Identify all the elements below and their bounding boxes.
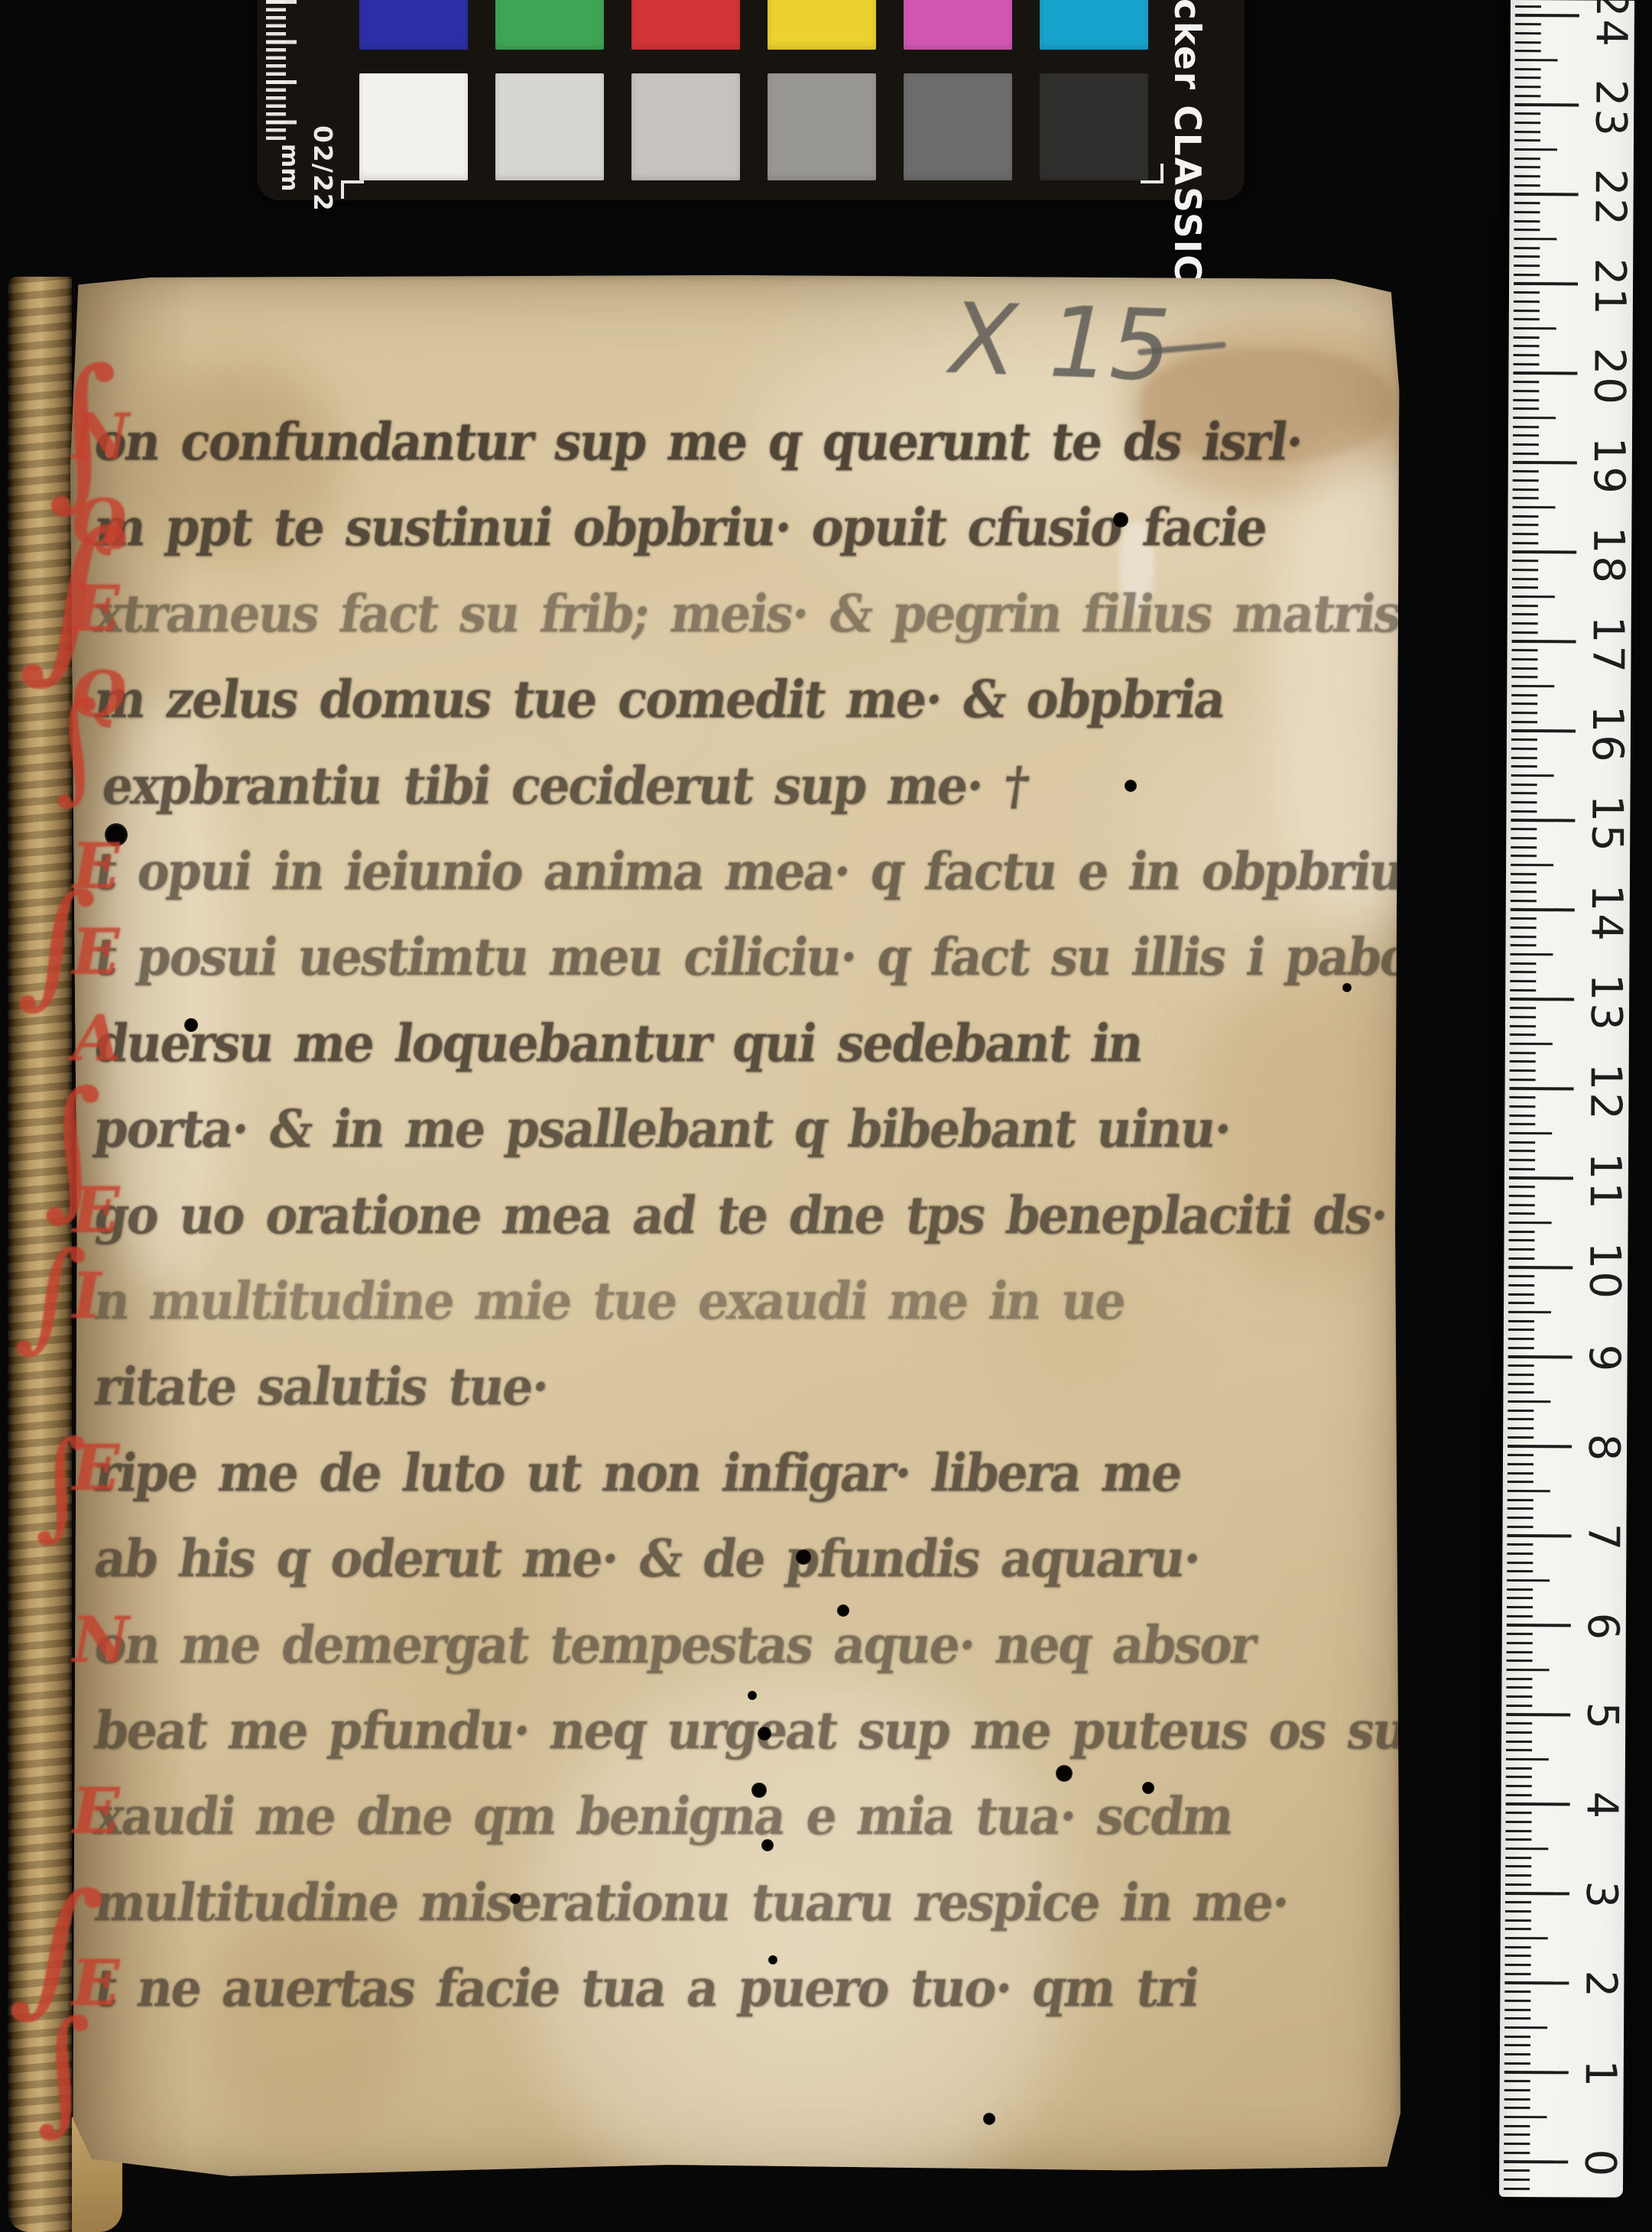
ruler-tick-mm bbox=[1509, 1195, 1535, 1197]
ruler-number-label: 3 bbox=[1576, 1880, 1626, 1910]
ruler-tick-mm bbox=[1511, 676, 1537, 678]
ruler-tick-mm bbox=[1504, 2000, 1530, 2002]
ruler-tick-mm bbox=[1514, 202, 1540, 204]
ruler-tick-mm bbox=[1508, 1481, 1534, 1483]
ruler-tick-cm bbox=[1513, 461, 1577, 464]
ruler-tick-half bbox=[1510, 953, 1553, 955]
ruler-tick-mm bbox=[1511, 783, 1537, 786]
ruler-tick-mm bbox=[1511, 855, 1537, 857]
ruler-tick-mm bbox=[1506, 1678, 1532, 1680]
ruler-tick-cm bbox=[1506, 1713, 1570, 1716]
ruler-tick-mm bbox=[1505, 1955, 1531, 1957]
ruler-tick-half bbox=[1514, 148, 1557, 151]
ruler-tick-mm bbox=[1505, 1830, 1531, 1832]
patch-white bbox=[359, 73, 468, 180]
ruler-number-1: 1 bbox=[1625, 2060, 1652, 2110]
ruler-tick-mm bbox=[1506, 1812, 1532, 1814]
ruler-tick-mm bbox=[1506, 1794, 1532, 1796]
manuscript-line-10: go uo oratione mea ad te dne tps benepla… bbox=[91, 1185, 1391, 1245]
patch-cyan bbox=[1040, 0, 1148, 50]
ruler-tick-mm bbox=[1508, 1364, 1534, 1367]
ruler-tick-mm bbox=[1505, 1865, 1531, 1867]
ruler-tick-mm bbox=[1504, 2017, 1530, 2020]
ruler-number-label: 21 bbox=[1585, 258, 1634, 318]
ruler-number-label: 19 bbox=[1584, 437, 1634, 497]
ruler-tick-mm bbox=[1511, 694, 1537, 696]
ruler-number-4: 4 bbox=[1626, 1792, 1652, 1841]
ruler-number-label: 10 bbox=[1579, 1241, 1629, 1301]
ruler-tick-mm bbox=[1515, 23, 1541, 25]
ruler-tick-mm bbox=[1505, 1901, 1531, 1903]
ink-hole-16 bbox=[983, 2113, 995, 2125]
ruler-tick-mm bbox=[1504, 2009, 1530, 2011]
ink-hole-6 bbox=[748, 1691, 757, 1700]
ruler-tick-mm bbox=[1514, 345, 1540, 347]
ruler-number-13: 13 bbox=[1631, 974, 1652, 1024]
ink-hole-13 bbox=[1142, 1782, 1154, 1794]
ruler-tick-mm bbox=[1511, 738, 1537, 741]
ruler-tick-mm bbox=[1514, 131, 1540, 133]
manuscript-line-1: on confundantur sup me q querunt te ds i… bbox=[91, 411, 1306, 472]
ruler-tick-mm bbox=[1511, 712, 1537, 714]
ruler-tick-mm bbox=[1510, 1007, 1536, 1009]
ruler-number-label: 22 bbox=[1585, 169, 1634, 229]
ruler-tick-half bbox=[1515, 59, 1558, 61]
ruler-tick-mm bbox=[1507, 1651, 1533, 1653]
ruler-tick-half bbox=[1505, 1848, 1548, 1850]
ruler-number-6: 6 bbox=[1628, 1613, 1652, 1663]
ruler-number-label: 4 bbox=[1577, 1791, 1627, 1821]
ruler-tick-mm bbox=[1509, 1105, 1535, 1108]
manuscript-line-17: xaudi me dne qm benigna e mia tua· scdm bbox=[91, 1786, 1236, 1846]
ruler-tick-mm bbox=[1504, 2053, 1530, 2055]
ink-hole-5 bbox=[1342, 983, 1352, 992]
ruler-tick-mm bbox=[1515, 50, 1541, 52]
ruler-tick-half bbox=[1512, 595, 1555, 598]
ruler-tick-mm bbox=[1507, 1606, 1533, 1608]
ruler-tick-mm bbox=[1514, 166, 1540, 168]
ruler-tick-half bbox=[1504, 2116, 1547, 2118]
ruler-tick-half bbox=[1507, 1669, 1550, 1671]
ruler-tick-mm bbox=[1504, 2036, 1530, 2038]
ruler-tick-cm bbox=[1512, 640, 1576, 643]
ruler-tick-mm bbox=[1509, 1159, 1535, 1161]
ruler-tick-mm bbox=[1511, 936, 1537, 938]
ruler-number-16: 16 bbox=[1632, 706, 1652, 755]
ruler-tick-mm bbox=[1508, 1418, 1534, 1420]
ruler-tick-mm bbox=[1514, 300, 1540, 303]
ruler-tick-mm bbox=[1513, 390, 1539, 392]
ruler-tick-mm bbox=[1511, 765, 1537, 767]
ruler-tick-mm bbox=[1513, 488, 1539, 491]
ruler-numbers: 2423222120191817161514131211109876543210 bbox=[1511, 0, 1634, 1]
ruler-tick-mm bbox=[1512, 613, 1538, 615]
ruler-tick-mm bbox=[1509, 1212, 1535, 1215]
ruler-tick-cm bbox=[1510, 998, 1574, 1001]
ruler-tick-mm bbox=[1514, 112, 1540, 115]
ruler-tick-mm bbox=[1507, 1633, 1533, 1635]
ruler-number-21: 21 bbox=[1634, 258, 1652, 308]
ruler-number-label: 12 bbox=[1580, 1062, 1630, 1122]
ruler-tick-mm bbox=[1513, 479, 1539, 482]
ruler-tick-mm bbox=[1506, 1741, 1532, 1743]
ruler-tick-mm bbox=[1513, 453, 1539, 455]
ruler-tick-mm bbox=[1508, 1391, 1534, 1393]
ruler-tick-mm bbox=[1511, 926, 1537, 929]
ruler-number-label: 6 bbox=[1578, 1612, 1628, 1642]
ruler-tick-mm bbox=[1513, 497, 1539, 499]
patch-neutral-6.5 bbox=[631, 73, 740, 180]
ruler-tick-mm bbox=[1505, 1883, 1531, 1886]
manuscript-line-14: ab his q oderut me· & de pfundis aquaru· bbox=[91, 1528, 1203, 1588]
ruler-tick-mm bbox=[1508, 1499, 1534, 1501]
ruler-tick-mm bbox=[1514, 139, 1540, 141]
ruler-tick-mm bbox=[1508, 1275, 1534, 1277]
ruler-tick-mm bbox=[1509, 1096, 1535, 1098]
ruler-tick-half bbox=[1511, 864, 1553, 866]
ruler-tick-mm bbox=[1511, 801, 1537, 803]
ruler-tick-mm bbox=[1508, 1374, 1534, 1376]
ruler-tick-mm bbox=[1510, 1069, 1536, 1072]
ink-hole-4 bbox=[184, 1018, 198, 1032]
ruler-number-label: 15 bbox=[1582, 795, 1631, 855]
ruler-tick-mm bbox=[1512, 515, 1538, 517]
card-brand-label: cker CLASSIC bbox=[1208, 0, 1492, 41]
ruler-tick-mm bbox=[1514, 157, 1540, 160]
ink-hole-7 bbox=[758, 1727, 771, 1741]
ruler-number-12: 12 bbox=[1630, 1063, 1652, 1113]
manuscript-line-9: porta· & in me psallebant q bibebant uin… bbox=[91, 1098, 1234, 1159]
ruler-number-label: 1 bbox=[1576, 2059, 1625, 2089]
ruler-tick-mm bbox=[1506, 1731, 1532, 1734]
ruler-tick-mm bbox=[1508, 1463, 1534, 1465]
ruler-tick-mm bbox=[1506, 1785, 1532, 1787]
ruler-tick-mm bbox=[1508, 1338, 1534, 1340]
ruler-tick-cm bbox=[1504, 1981, 1569, 1984]
ruler-tick-cm bbox=[1508, 1445, 1572, 1448]
manuscript-line-2: m ppt te sustinui obpbriu· opuit cfusio … bbox=[91, 497, 1271, 557]
ruler-tick-half bbox=[1509, 1132, 1552, 1134]
manuscript-line-6: t opui in ieiunio anima mea· q factu e i… bbox=[91, 841, 1479, 901]
ruler-tick-mm bbox=[1512, 524, 1538, 526]
ruler-tick-mm bbox=[1506, 1821, 1532, 1823]
manuscript-line-13: ripe me de luto ut non infigar· libera m… bbox=[91, 1442, 1186, 1503]
ruler-tick-cm bbox=[1515, 14, 1579, 17]
ruler-tick-mm bbox=[1514, 211, 1540, 213]
ruler-number-11: 11 bbox=[1630, 1153, 1652, 1202]
manuscript-line-11: n multitudine mie tue exaudi me in ue bbox=[91, 1270, 1129, 1331]
ruler-tick-mm bbox=[1512, 533, 1538, 535]
ruler-tick-mm bbox=[1508, 1257, 1534, 1260]
ruler-tick-half bbox=[1513, 417, 1556, 419]
card-mm-unit-text: mm bbox=[276, 144, 303, 192]
ruler-tick-mm bbox=[1505, 1838, 1531, 1841]
ruler-tick-mm bbox=[1506, 1776, 1532, 1778]
ruler-tick-mm bbox=[1504, 2107, 1530, 2109]
manuscript-line-15: on me demergat tempestas aque· neq absor bbox=[91, 1614, 1259, 1675]
ruler-number-20: 20 bbox=[1634, 348, 1652, 397]
ruler-number-label: 18 bbox=[1583, 527, 1633, 586]
ruler-tick-mm bbox=[1509, 1231, 1535, 1233]
ruler-tick-mm bbox=[1504, 1973, 1530, 1975]
ruler-tick-cm bbox=[1514, 193, 1579, 196]
ruler-tick-mm bbox=[1511, 891, 1537, 893]
ruler-tick-mm bbox=[1511, 837, 1537, 839]
ruler-tick-cm bbox=[1505, 1892, 1569, 1895]
ruler-number-label: 11 bbox=[1580, 1152, 1630, 1212]
ruler-number-label: 23 bbox=[1585, 79, 1635, 139]
ruler-tick-mm bbox=[1514, 336, 1540, 339]
ruler-tick-mm bbox=[1504, 2044, 1530, 2046]
ruler-tick-half bbox=[1509, 1221, 1552, 1224]
manuscript-page: on confundantur sup me q querunt te ds i… bbox=[70, 275, 1400, 2180]
ruler-number-label: 7 bbox=[1578, 1523, 1628, 1552]
ruler-tick-mm bbox=[1513, 434, 1539, 436]
ruler-tick-mm bbox=[1509, 1186, 1535, 1188]
ruler-tick-mm bbox=[1513, 426, 1539, 428]
ruler-tick-mm bbox=[1515, 41, 1541, 44]
ruler-tick-mm bbox=[1511, 881, 1537, 884]
patch-green bbox=[495, 0, 604, 50]
ruler-number-15: 15 bbox=[1631, 795, 1652, 845]
ruler-tick-mm bbox=[1513, 399, 1539, 401]
ruler-number-0: 0 bbox=[1624, 2149, 1652, 2199]
ruler-tick-cm bbox=[1511, 819, 1575, 822]
ruler-tick-mm bbox=[1508, 1472, 1534, 1474]
ruler-tick-mm bbox=[1513, 363, 1539, 365]
ruler-tick-mm bbox=[1510, 1033, 1536, 1036]
ruler-tick-mm bbox=[1510, 1052, 1536, 1054]
ruler-tick-mm bbox=[1513, 470, 1539, 472]
patch-yellow bbox=[768, 0, 876, 50]
ruler-tick-mm bbox=[1508, 1507, 1534, 1510]
ruler-tick-cm bbox=[1508, 1266, 1572, 1269]
ruler-tick-mm bbox=[1507, 1552, 1533, 1555]
ruler-tick-mm bbox=[1506, 1767, 1532, 1770]
manuscript-line-16: beat me pfundu· neq urgeat sup me puteus… bbox=[91, 1700, 1460, 1760]
ruler-tick-mm bbox=[1511, 748, 1537, 750]
ruler-tick-mm bbox=[1505, 1928, 1531, 1930]
manuscript-line-12: ritate salutis tue· bbox=[91, 1356, 552, 1416]
ruler-number-label: 17 bbox=[1582, 616, 1632, 676]
ruler-tick-mm bbox=[1509, 1141, 1535, 1144]
ruler-tick-mm bbox=[1507, 1597, 1533, 1599]
ruler-tick-mm bbox=[1504, 2133, 1530, 2136]
ruler-tick-mm bbox=[1513, 443, 1539, 446]
ruler-tick-mm bbox=[1508, 1248, 1534, 1251]
ruler-tick-half bbox=[1510, 1043, 1553, 1045]
ruler-tick-mm bbox=[1508, 1436, 1534, 1439]
ruler-number-label: 16 bbox=[1582, 706, 1632, 765]
ruler-number-label: 2 bbox=[1576, 1970, 1625, 2000]
ruler-tick-mm bbox=[1512, 560, 1538, 562]
ruler-tick-half bbox=[1508, 1400, 1550, 1403]
ruler-tick-mm bbox=[1514, 122, 1540, 124]
ruler-tick-mm bbox=[1504, 2089, 1530, 2091]
ruler-tick-mm bbox=[1508, 1284, 1534, 1286]
ruler-tick-mm bbox=[1513, 407, 1539, 410]
ruler-tick-mm bbox=[1513, 381, 1539, 383]
ink-hole-14 bbox=[510, 1893, 521, 1904]
ruler-tick-mm bbox=[1509, 1204, 1535, 1206]
ruler-tick-mm bbox=[1507, 1588, 1533, 1591]
ruler-tick-mm bbox=[1504, 2169, 1530, 2172]
ruler-tick-mm bbox=[1511, 944, 1537, 946]
ruler-number-label: 9 bbox=[1579, 1344, 1629, 1374]
ruler-tick-mm bbox=[1506, 1695, 1532, 1698]
ink-hole-10 bbox=[796, 1549, 811, 1565]
ruler-tick-mm bbox=[1511, 667, 1537, 670]
ruler-tick-mm bbox=[1505, 1857, 1531, 1859]
ruler-tick-mm bbox=[1506, 1705, 1532, 1707]
ruler-tick-mm bbox=[1511, 792, 1537, 794]
ink-hole-11 bbox=[837, 1604, 849, 1617]
ruler-number-label: 14 bbox=[1582, 884, 1631, 944]
ruler-tick-cm bbox=[1514, 103, 1579, 106]
ruler-tick-mm bbox=[1514, 310, 1540, 312]
ruler-tick-mm bbox=[1508, 1454, 1534, 1456]
patch-blue bbox=[359, 0, 468, 50]
ruler-tick-mm bbox=[1506, 1722, 1532, 1724]
ruler-number-label: 20 bbox=[1584, 348, 1634, 407]
ruler-tick-mm bbox=[1512, 542, 1538, 544]
ruler-tick-mm bbox=[1505, 1910, 1531, 1912]
ruler-tick-mm bbox=[1514, 354, 1540, 356]
ruler-tick-mm bbox=[1515, 68, 1541, 70]
ruler-number-2: 2 bbox=[1625, 1971, 1652, 2020]
ruler-number-22: 22 bbox=[1635, 169, 1652, 219]
ruler-tick-mm bbox=[1512, 631, 1538, 634]
ruler-tick-cm bbox=[1511, 908, 1575, 911]
ruler-tick-mm bbox=[1508, 1410, 1534, 1412]
ruler-number-23: 23 bbox=[1635, 79, 1652, 129]
patch-neutral-3.5 bbox=[904, 73, 1012, 180]
ruler-number-label: 13 bbox=[1581, 974, 1631, 1033]
ruler-tick-cm bbox=[1507, 1534, 1571, 1537]
ruler-tick-half bbox=[1508, 1490, 1550, 1492]
ruler-tick-mm bbox=[1511, 810, 1537, 813]
ruler-tick-mm bbox=[1504, 2125, 1530, 2127]
ruler-tick-mm bbox=[1512, 569, 1538, 571]
ruler-number-9: 9 bbox=[1628, 1345, 1652, 1394]
card-batch-text: 02/22 bbox=[308, 125, 338, 212]
ruler-tick-mm bbox=[1514, 291, 1540, 294]
ruler-tick-mm bbox=[1511, 828, 1537, 830]
ruler-tick-mm bbox=[1511, 873, 1537, 875]
ruler-tick-mm bbox=[1510, 1025, 1536, 1027]
ink-hole-8 bbox=[751, 1783, 767, 1798]
ruler-tick-cm bbox=[1513, 371, 1577, 375]
patch-magenta bbox=[904, 0, 1012, 50]
ruler-tick-mm bbox=[1512, 622, 1538, 625]
ruler-tick-mm bbox=[1510, 989, 1536, 991]
ruler-tick-mm bbox=[1512, 649, 1538, 651]
ruler-tick-cm bbox=[1514, 282, 1578, 285]
ruler-number-label: 24 bbox=[1586, 0, 1636, 49]
ruler-tick-mm bbox=[1514, 220, 1540, 222]
ruler-number-14: 14 bbox=[1631, 884, 1652, 934]
ruler-tick-mm bbox=[1514, 247, 1540, 249]
ruler-tick-mm bbox=[1506, 1686, 1532, 1689]
ruler-tick-mm bbox=[1510, 962, 1536, 965]
ruler-tick-mm bbox=[1510, 1079, 1536, 1081]
ruler-tick-mm bbox=[1504, 1990, 1530, 1993]
photo-stage: mm 02/22 cker CLASSIC on confundantur su… bbox=[0, 0, 1652, 2232]
ruler-tick-mm bbox=[1514, 175, 1540, 177]
ruler-number-24: 24 bbox=[1636, 0, 1652, 40]
ruler-tick-mm bbox=[1508, 1320, 1534, 1322]
ruler-tick-mm bbox=[1508, 1328, 1534, 1331]
ruler-tick-mm bbox=[1504, 2188, 1530, 2190]
stain-6 bbox=[208, 1911, 407, 2140]
ruler-tick-cm bbox=[1506, 1802, 1570, 1805]
ruler-tick-mm bbox=[1508, 1293, 1534, 1296]
ruler-tick-half bbox=[1505, 1937, 1548, 1939]
ruler-tick-mm bbox=[1511, 757, 1537, 759]
ruler-tick-mm bbox=[1511, 702, 1537, 705]
card-brand-text: cker CLASSIC bbox=[1166, 0, 1208, 283]
ruler-tick-mm bbox=[1514, 264, 1540, 267]
ruler-tick-cm bbox=[1512, 550, 1576, 553]
manuscript-line-18: multitudine miserationu tuaru respice in… bbox=[91, 1872, 1292, 1932]
ruler-tick-cm bbox=[1511, 729, 1576, 732]
ruler-tick-half bbox=[1514, 238, 1556, 240]
ink-hole-12 bbox=[1056, 1765, 1073, 1782]
ruler-tick-mm bbox=[1511, 917, 1537, 920]
ruler-tick-cm bbox=[1504, 2160, 1568, 2163]
shelfmark-inscription: X 15 bbox=[937, 282, 1184, 403]
ruler-number-19: 19 bbox=[1634, 437, 1652, 487]
ink-hole-2 bbox=[1125, 780, 1137, 792]
ruler-tick-mm bbox=[1514, 318, 1540, 320]
manuscript-line-4: m zelus domus tue comedit me· & obpbria bbox=[91, 669, 1228, 729]
ruler-tick-cm bbox=[1510, 1087, 1574, 1090]
manuscript-line-19: t ne auertas facie tua a puero tuo· qm t… bbox=[91, 1958, 1202, 2018]
ruler-tick-mm bbox=[1514, 95, 1540, 97]
ruler-tick-mm bbox=[1514, 184, 1540, 187]
ruler-tick-mm bbox=[1507, 1642, 1533, 1644]
manuscript-line-7: t posui uestimtu meu ciliciu· q fact su … bbox=[91, 926, 1462, 987]
ruler-tick-mm bbox=[1511, 721, 1537, 723]
ruler-number-7: 7 bbox=[1628, 1523, 1652, 1573]
ink-hole-9 bbox=[761, 1839, 774, 1851]
ruler-tick-half bbox=[1506, 1758, 1549, 1760]
ruler-tick-mm bbox=[1508, 1239, 1534, 1241]
patch-neutral-8 bbox=[495, 73, 604, 180]
ruler-tick-mm bbox=[1515, 32, 1541, 34]
measuring-ruler: 2423222120191817161514131211109876543210 bbox=[1499, 0, 1634, 2198]
ruler-tick-mm bbox=[1514, 274, 1540, 276]
ruler-tick-mm bbox=[1509, 1114, 1535, 1117]
ruler-tick-mm bbox=[1514, 255, 1540, 258]
ruler-tick-mm bbox=[1504, 2062, 1530, 2065]
ruler-number-5: 5 bbox=[1627, 1702, 1652, 1752]
patch-red bbox=[631, 0, 740, 50]
manuscript-line-3: xtraneus fact su frib; meis· & pegrin fi… bbox=[91, 583, 1476, 644]
ruler-tick-cm bbox=[1504, 2071, 1569, 2074]
ruler-tick-cm bbox=[1508, 1355, 1572, 1358]
ruler-tick-mm bbox=[1515, 5, 1541, 8]
ruler-tick-mm bbox=[1510, 980, 1536, 982]
ruler-tick-mm bbox=[1505, 1946, 1531, 1948]
ruler-number-8: 8 bbox=[1628, 1434, 1652, 1484]
ruler-tick-mm bbox=[1511, 900, 1537, 902]
ruler-tick-mm bbox=[1510, 1016, 1536, 1018]
ruler-tick-mm bbox=[1504, 2098, 1530, 2101]
ruler-tick-mm bbox=[1512, 605, 1538, 607]
ruler-tick-mm bbox=[1504, 2152, 1530, 2154]
ruler-tick-mm bbox=[1505, 1919, 1531, 1922]
